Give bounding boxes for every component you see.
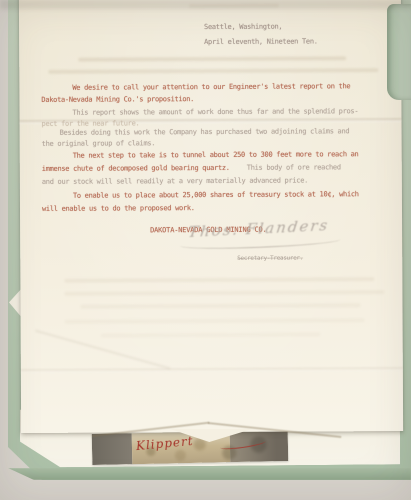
fold-crease	[21, 367, 403, 373]
letter-line: and our stock will sell readily at a ver…	[42, 177, 308, 185]
bleed-through-smudge	[101, 332, 321, 337]
letter-line: To enable us to place about 25,000 share…	[73, 191, 359, 199]
dateline-date: April eleventh, Nineteen Ten.	[204, 38, 318, 46]
letter-line: the original group of claims.	[42, 140, 156, 148]
dateline-place: Seattle, Washington,	[204, 24, 282, 31]
letter-line: immense chute of decomposed gold bearing…	[42, 165, 230, 173]
folder-bottom-edge	[8, 468, 411, 480]
photo-edge-shadow	[0, 0, 411, 9]
letter-line: Dakota-Nevada Mining Co.'s proposition.	[41, 96, 194, 104]
faded-text-smudge	[78, 56, 346, 61]
bleed-through-smudge	[64, 277, 374, 283]
letter-line: will enable us to do the proposed work.	[42, 205, 195, 213]
letter-line: We desire to call your attention to our …	[72, 83, 350, 91]
letter-line: The next step to take is to tunnel about…	[73, 151, 359, 159]
letter-page: Seattle, Washington, April eleventh, Nin…	[19, 0, 403, 433]
folder-tab	[387, 4, 411, 100]
letter-line: This report shows the amount of work don…	[72, 108, 358, 116]
bleed-through-smudge	[64, 290, 384, 296]
photo-of-letter: Klippert Seattle, Washington, April elev…	[0, 0, 411, 500]
bleed-through-smudge	[80, 303, 360, 308]
signature-title: Secretary-Treasurer.	[237, 257, 303, 263]
letter-line: Besides doing this work the Company has …	[60, 128, 350, 137]
letter-line: pect for the near future.	[42, 120, 140, 128]
faded-text-smudge	[48, 68, 378, 74]
letter-line: This body of ore reached	[247, 164, 341, 171]
bleed-through-smudge	[65, 318, 365, 324]
